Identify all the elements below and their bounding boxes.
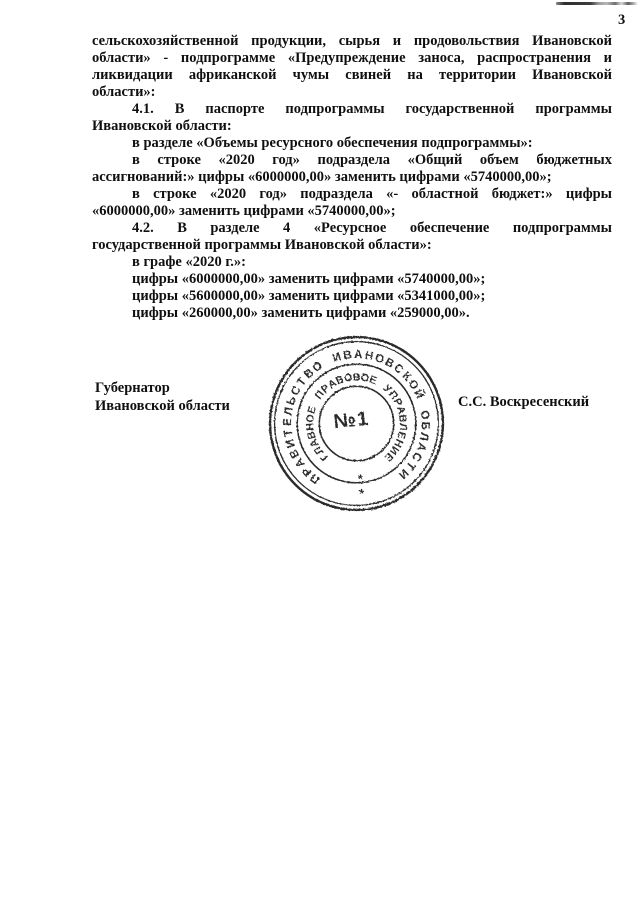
signature-title-line1: Губернатор [95,379,230,397]
page-number: 3 [618,12,625,29]
stamp-separator-outer: * [359,486,365,501]
scan-artifact [556,2,638,5]
signatory-name: С.С. Воскресенский [458,394,589,411]
svg-text:О: О [418,410,431,420]
signature-title-line2: Ивановской области [95,397,230,415]
text-line: в разделе «Объемы ресурсного обеспечения… [92,135,612,152]
text-line: цифры «5600000,00» заменить цифрами «534… [92,288,612,305]
document-page: 3 сельскохозяйственной продукции, сырья … [0,0,640,905]
svg-text:Е: Е [282,418,294,426]
text-line: 4.2. В разделе 4 «Ресурсное обеспечение … [92,220,612,237]
text-line: области» - подпрограмме «Предупреждение … [92,50,612,67]
text-line: цифры «6000000,00» заменить цифрами «574… [92,271,612,288]
svg-text:И: И [284,438,298,449]
signature-title: Губернатор Ивановской области [95,379,230,415]
text-line: в графе «2020 г.»: [92,254,612,271]
stamp-center-number: №1 [333,408,371,434]
svg-text:И: И [396,466,410,480]
document-body: сельскохозяйственной продукции, сырья и … [92,33,612,322]
text-line: сельскохозяйственной продукции, сырья и … [92,33,612,50]
text-line: 4.1. В паспорте подпрограммы государстве… [92,101,612,118]
text-line: цифры «260000,00» заменить цифрами «2590… [92,305,612,322]
svg-text:Н: Н [364,350,374,363]
svg-text:Б: Б [419,421,431,430]
svg-text:А: А [354,349,363,361]
text-line: Ивановской области: [92,118,612,135]
text-line: области»: [92,84,612,101]
svg-text:В: В [343,349,353,362]
text-line: ликвидации африканской чумы свиней на те… [92,67,612,84]
text-line: в строке «2020 год» подраздела «- област… [92,186,612,203]
text-line: ассигнований:» цифры «6000000,00» замени… [92,169,612,186]
svg-text:Т: Т [282,429,295,438]
svg-text:Л: Л [283,406,296,416]
stamp-separator-inner: * [358,472,363,486]
svg-text:Е: Е [305,405,319,415]
text-line: государственной программы Ивановской обл… [92,237,612,254]
svg-text:И: И [331,351,342,365]
svg-text:Л: Л [417,431,430,441]
text-line: «6000000,00» заменить цифрами «5740000,0… [92,203,612,220]
svg-text:Л: Л [396,423,409,431]
text-line: в строке «2020 год» подраздела «Общий об… [92,152,612,169]
official-stamp: ПРАВИТЕЛЬСТВОИВАНОВСКОЙОБЛАСТИ ГЛАВНОЕПР… [264,331,449,516]
